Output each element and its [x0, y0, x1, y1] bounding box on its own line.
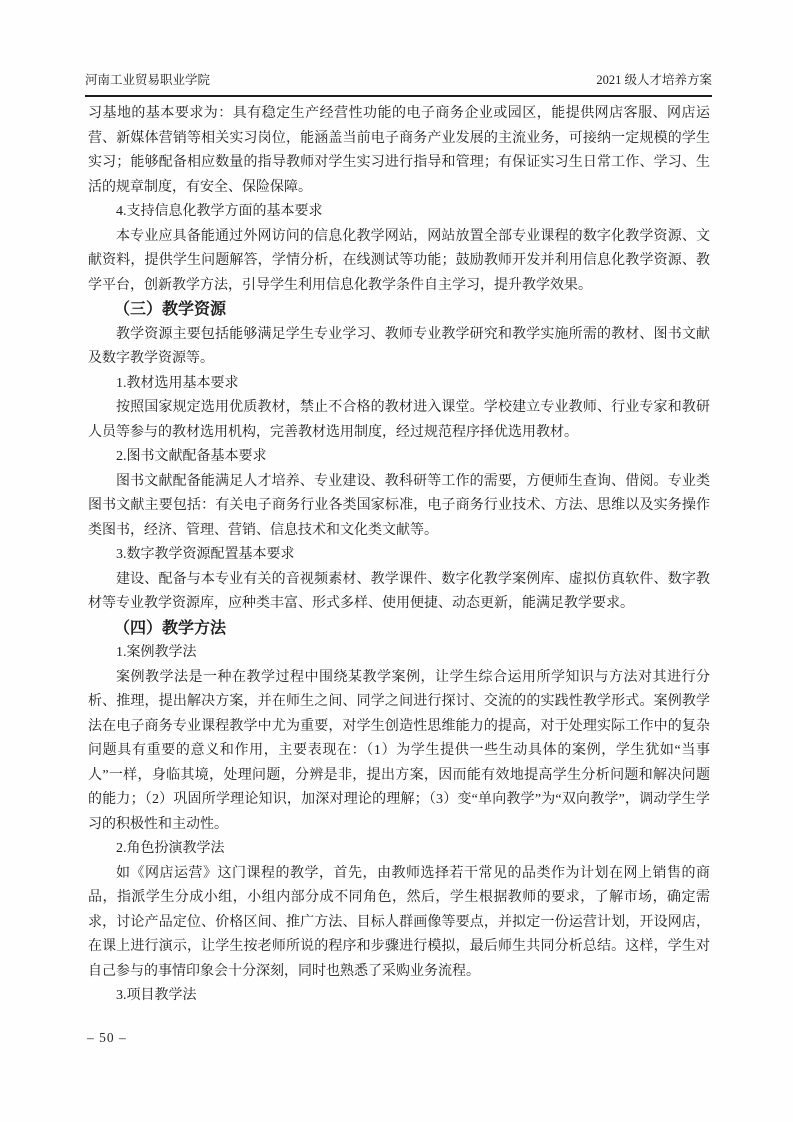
numbered-item: 4.支持信息化教学方面的基本要求 — [88, 200, 710, 225]
paragraph: 案例教学法是一种在教学过程中围绕某教学案例，让学生综合运用所学知识与方法对其进行… — [88, 666, 710, 838]
numbered-item: 3.数字教学资源配置基本要求 — [88, 543, 710, 568]
numbered-item: 1.教材选用基本要求 — [88, 372, 710, 397]
paragraph: 教学资源主要包括能够满足学生专业学习、教师专业教学研究和教学实施所需的教材、图书… — [88, 323, 710, 372]
page-header: 河南工业贸易职业学院 2021 级人才培养方案 — [85, 70, 712, 97]
paragraph: 图书文献配备能满足人才培养、专业建设、教科研等工作的需要，方便师生查询、借阅。专… — [88, 470, 710, 544]
header-doc-title: 2021 级人才培养方案 — [596, 70, 712, 88]
paragraph: 本专业应具备能通过外网访问的信息化教学网站，网站放置全部专业课程的数字化教学资源… — [88, 225, 710, 299]
page-number: – 50 – — [87, 1030, 127, 1045]
document-page: 河南工业贸易职业学院 2021 级人才培养方案 习基地的基本要求为：具有稳定生产… — [0, 0, 793, 1122]
paragraph: 建设、配备与本专业有关的音视频素材、教学课件、数字化教学案例库、虚拟仿真软件、数… — [88, 568, 710, 617]
paragraph: 如《网店运营》这门课程的教学，首先，由教师选择若干常见的品类作为计划在网上销售的… — [88, 862, 710, 985]
numbered-item: 3.项目教学法 — [88, 984, 710, 1009]
section-heading: （三）教学资源 — [88, 298, 710, 323]
page-footer: – 50 – — [87, 1030, 127, 1046]
section-heading: （四）教学方法 — [88, 617, 710, 642]
numbered-item: 2.图书文献配备基本要求 — [88, 445, 710, 470]
header-school-name: 河南工业贸易职业学院 — [85, 70, 210, 88]
numbered-item: 2.角色扮演教学法 — [88, 837, 710, 862]
document-body: 习基地的基本要求为：具有稳定生产经营性功能的电子商务企业或园区，能提供网店客服、… — [88, 102, 710, 1009]
paragraph: 按照国家规定选用优质教材，禁止不合格的教材进入课堂。学校建立专业教师、行业专家和… — [88, 396, 710, 445]
paragraph: 习基地的基本要求为：具有稳定生产经营性功能的电子商务企业或园区，能提供网店客服、… — [88, 102, 710, 200]
numbered-item: 1.案例教学法 — [88, 641, 710, 666]
